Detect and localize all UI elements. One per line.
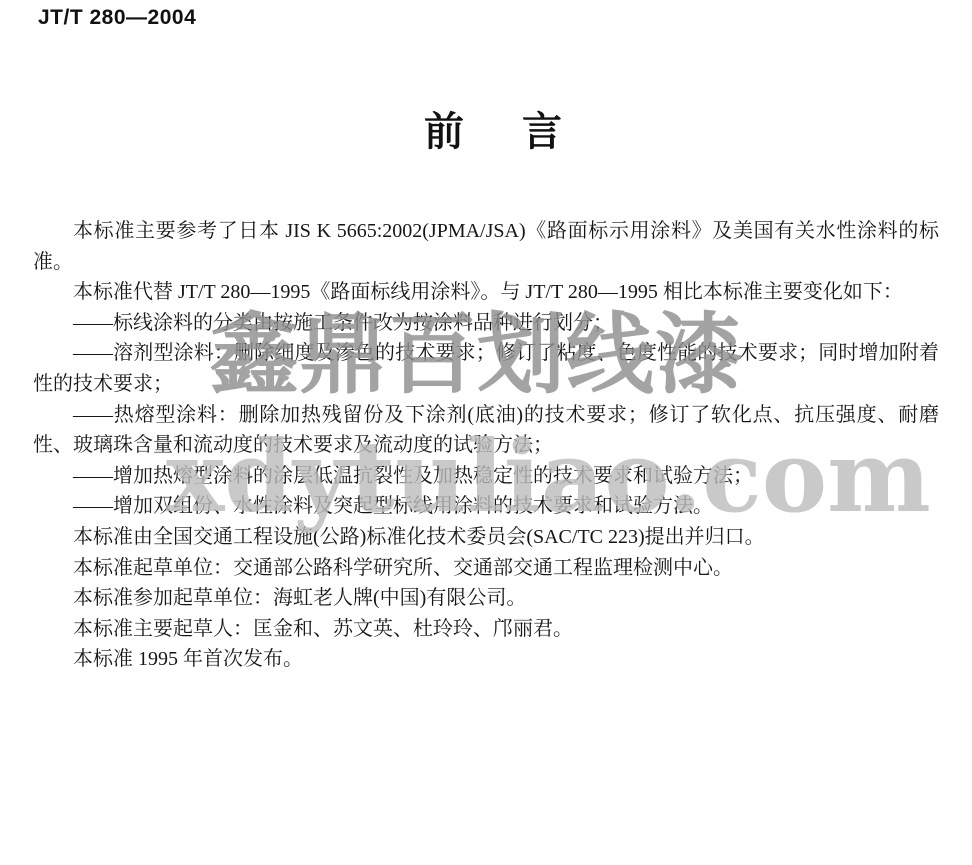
paragraph-change-added-types: ——增加双组份、水性涂料及突起型标线用涂料的技术要求和试验方法。	[33, 491, 939, 522]
paragraph-committee: 本标准由全国交通工程设施(公路)标准化技术委员会(SAC/TC 223)提出并归…	[33, 522, 939, 553]
document-page: JT/T 280—2004 前言 本标准主要参考了日本 JIS K 5665:2…	[0, 0, 972, 865]
paragraph-change-solvent-type: ——溶剂型涂料：删除细度及渗色的技术要求；修订了粘度、色度性能的技术要求；同时增…	[33, 338, 939, 399]
paragraph-reference-standards: 本标准主要参考了日本 JIS K 5665:2002(JPMA/JSA)《路面标…	[33, 216, 939, 277]
standard-number: JT/T 280—2004	[38, 6, 196, 30]
paragraph-drafters: 本标准主要起草人：匡金和、苏文英、杜玲玲、邝丽君。	[33, 614, 939, 645]
paragraph-change-classification: ——标线涂料的分类由按施工条件改为按涂料品种进行划分；	[33, 308, 939, 339]
paragraph-replaces-statement: 本标准代替 JT/T 280—1995《路面标线用涂料》。与 JT/T 280—…	[33, 277, 939, 308]
paragraph-participating-unit: 本标准参加起草单位：海虹老人牌(中国)有限公司。	[33, 583, 939, 614]
scanned-standard-page: { "header": { "standard_number": "JT/T 2…	[0, 0, 972, 865]
page-title-foreword: 前言	[424, 108, 620, 156]
paragraph-change-added-tests: ——增加热熔型涂料的涂层低温抗裂性及加热稳定性的技术要求和试验方法；	[33, 461, 939, 492]
paragraph-drafting-units: 本标准起草单位：交通部公路科学研究所、交通部交通工程监理检测中心。	[33, 553, 939, 584]
paragraph-change-hotmelt-type: ——热熔型涂料：删除加热残留份及下涂剂(底油)的技术要求；修订了软化点、抗压强度…	[33, 400, 939, 461]
paragraph-first-issued: 本标准 1995 年首次发布。	[33, 644, 939, 675]
foreword-body: 本标准主要参考了日本 JIS K 5665:2002(JPMA/JSA)《路面标…	[33, 216, 939, 675]
